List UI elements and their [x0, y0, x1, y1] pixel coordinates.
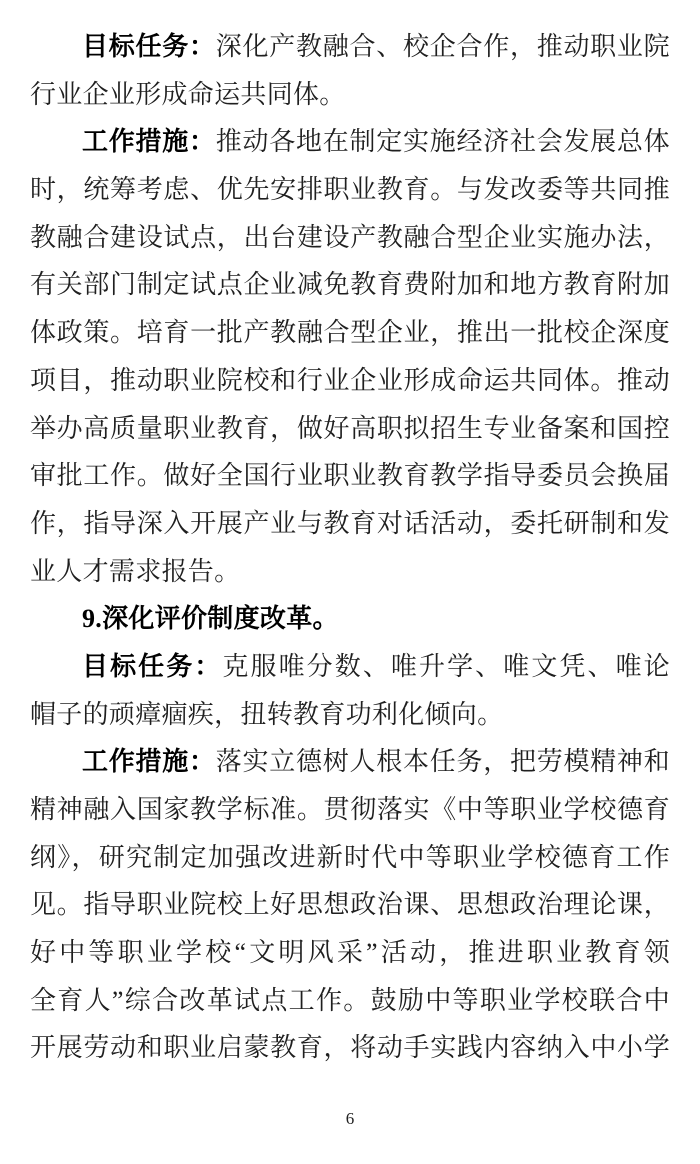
paragraph-line: 有关部门制定试点企业减免教育费附加和地方教育附加具: [30, 261, 670, 309]
bold-lead-label: 目标任务：: [82, 31, 216, 61]
paragraph-line: 工作措施：推动各地在制定实施经济社会发展总体规划: [30, 118, 670, 166]
paragraph-line: 帽子的顽瘴痼疾，扭转教育功利化倾向。: [30, 691, 670, 739]
paragraph-line: 见。指导职业院校上好思想政治课、思想政治理论课，实施: [30, 881, 670, 929]
paragraph-line: 全育人”综合改革试点工作。鼓励中等职业学校联合中小学: [30, 977, 670, 1025]
paragraph-line: 纲》，研究制定加强改进新时代中等职业学校德育工作的意: [30, 834, 670, 882]
heading-line: 9.深化评价制度改革。: [30, 595, 670, 643]
paragraph-line: 业人才需求报告。: [30, 548, 670, 596]
paragraph-line: 目标任务：深化产教融合、校企合作，推动职业院校和: [30, 23, 670, 71]
page-number: 6: [0, 1104, 700, 1134]
paragraph-line: 教融合建设试点，出台建设产教融合型企业实施办法，会同: [30, 214, 670, 262]
bold-lead-label: 工作措施：: [82, 746, 216, 776]
paragraph-line: 目标任务：克服唯分数、唯升学、唯文凭、唯论文、唯: [30, 643, 670, 691]
paragraph-line: 开展劳动和职业启蒙教育，将动手实践内容纳入中小学相关: [30, 1024, 670, 1072]
paragraph-line: 体政策。培育一批产教融合型企业，推出一批校企深度合作: [30, 309, 670, 357]
paragraph-line: 项目，推动职业院校和行业企业形成命运共同体。推动企业: [30, 357, 670, 405]
paragraph-line: 作，指导深入开展产业与教育对话活动，委托研制和发布行: [30, 500, 670, 548]
paragraph-line: 行业企业形成命运共同体。: [30, 71, 670, 119]
paragraph-line: 精神融入国家教学标准。贯彻落实《中等职业学校德育大: [30, 786, 670, 834]
paragraph-line: 审批工作。做好全国行业职业教育教学指导委员会换届工: [30, 452, 670, 500]
paragraph-line: 举办高质量职业教育，做好高职拟招生专业备案和国控专业: [30, 405, 670, 453]
document-body: 目标任务：深化产教融合、校企合作，推动职业院校和行业企业形成命运共同体。工作措施…: [30, 23, 670, 1072]
paragraph-line: 工作措施：落实立德树人根本任务，把劳模精神和工匠: [30, 738, 670, 786]
document-page: 目标任务：深化产教融合、校企合作，推动职业院校和行业企业形成命运共同体。工作措施…: [0, 0, 700, 1164]
paragraph-line: 时，统筹考虑、优先安排职业教育。与发改委等共同推动产: [30, 166, 670, 214]
bold-lead-label: 工作措施：: [82, 126, 216, 156]
paragraph-line: 好中等职业学校“文明风采”活动，推进职业教育领域“三: [30, 929, 670, 977]
bold-lead-label: 目标任务：: [82, 651, 222, 681]
